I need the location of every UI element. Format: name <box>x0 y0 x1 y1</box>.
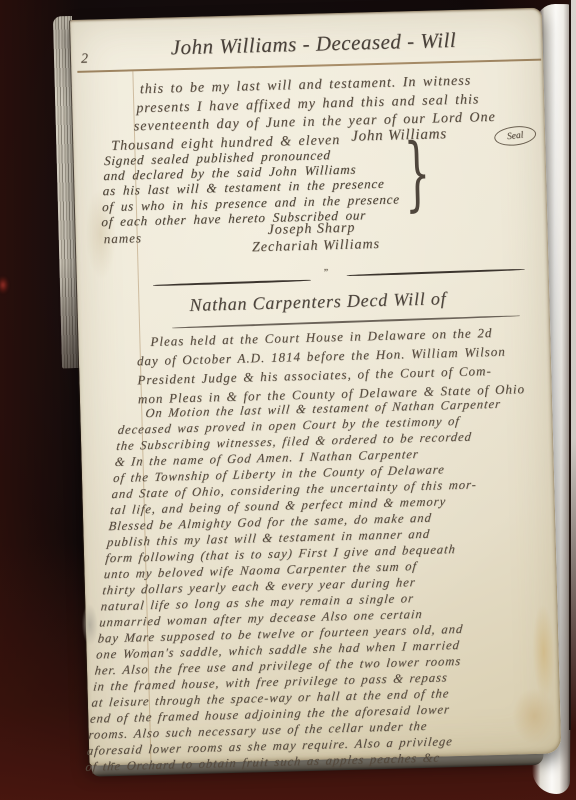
will-body-paragraph: On Motion the last will & testament of N… <box>85 397 502 776</box>
paper-sheet: 2 John Williams - Deceased - Will this t… <box>70 8 561 766</box>
witness-signature: Joseph Sharp <box>267 221 355 239</box>
witness-signature: Zechariah Williams <box>252 237 380 256</box>
will-closing-paragraph: this to be my last will and testament. I… <box>140 73 497 156</box>
paper-stain <box>81 603 98 645</box>
margin-pen-mark: - <box>111 755 115 770</box>
attestation-brace: } <box>403 137 431 212</box>
divider-pen-mark: ” <box>323 267 329 278</box>
paper-stain <box>531 604 556 701</box>
testator-signature: John Williams <box>351 126 447 146</box>
photographed-record-book: 2 John Williams - Deceased - Will this t… <box>0 0 576 800</box>
attestation-end-word: names <box>104 230 143 247</box>
record-title-nathan-carpenter: Nathan Carpenters Decd Will of <box>189 288 446 316</box>
record-title-john-williams: John Williams - Deceased - Will <box>170 28 456 60</box>
section-divider-line <box>153 279 311 286</box>
seal-label: Seal <box>506 130 523 142</box>
section-divider-line <box>347 268 525 276</box>
red-speck <box>0 276 9 294</box>
page-number: 2 <box>81 52 88 68</box>
seal-mark: Seal <box>493 124 537 148</box>
attestation-clause: Signed sealed published pronounced and d… <box>101 145 402 229</box>
header-rule <box>77 59 541 73</box>
manuscript-page: 2 John Williams - Deceased - Will this t… <box>70 8 561 766</box>
paper-stain <box>512 688 557 745</box>
adjacent-page-edge <box>569 0 576 730</box>
